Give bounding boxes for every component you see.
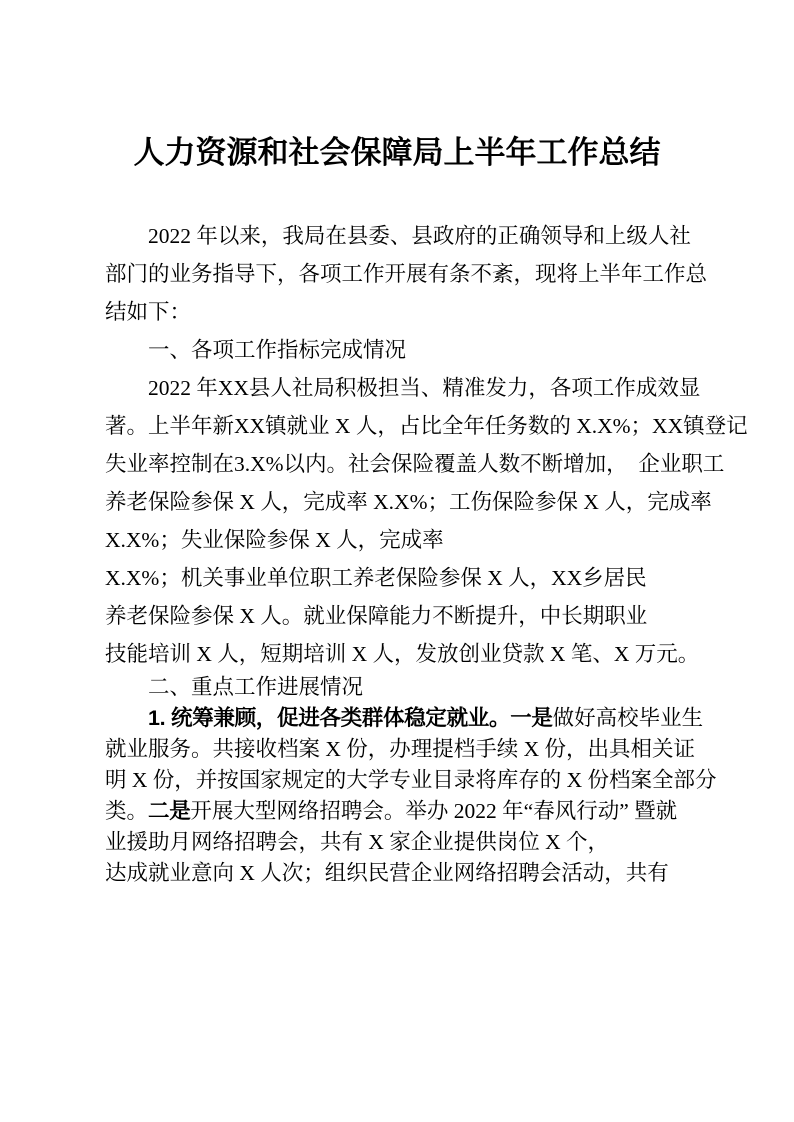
text-line: 2022 年以来，我局在县委、县政府的正确领导和上级人社	[105, 217, 691, 255]
document-section-2: 二、重点工作进展情况 1. 统筹兼顾，促进各类群体稳定就业。一是做好高校毕业生 …	[105, 672, 691, 889]
text-line: 类。二是开展大型网络招聘会。举办 2022 年“春风行动” 暨就	[105, 796, 691, 827]
text-segment: 达成就业意向 X 人次；组织民营企业网络招聘会活动，共有	[105, 861, 669, 885]
text-line: 失业率控制在3.X%以内。社会保险覆盖人数不断增加， 企业职工	[105, 445, 691, 483]
text-segment: 做好高校毕业生	[553, 706, 704, 730]
document-section-1: 2022 年以来，我局在县委、县政府的正确领导和上级人社 部门的业务指导下，各项…	[105, 217, 691, 673]
text-segment: 开展大型网络招聘会。举办 2022 年“春风行动” 暨就	[190, 799, 677, 823]
document-title: 人力资源和社会保障局上半年工作总结	[0, 131, 794, 175]
text-segment: X.X%；机关事业单位职工养老保险参保 X 人，XX乡居民	[105, 566, 647, 590]
text-segment: 就业服务。共接收档案 X 份，办理提档手续 X 份，出具相关证	[105, 737, 695, 761]
text-segment: 结如下：	[105, 300, 191, 324]
text-line: 结如下：	[105, 293, 691, 331]
text-line: 养老保险参保 X 人，完成率 X.X%；工伤保险参保 X 人，完成率	[105, 483, 691, 521]
text-segment: X.X%；失业保险参保 X 人，完成率	[105, 528, 444, 552]
text-segment: 一、各项工作指标完成情况	[148, 338, 406, 362]
text-segment: 2022 年XX县人社局积极担当、精准发力，各项工作成效显	[148, 376, 700, 400]
text-line: 部门的业务指导下，各项工作开展有条不紊，现将上半年工作总	[105, 255, 691, 293]
text-segment: 二、重点工作进展情况	[148, 675, 363, 699]
text-line: 业援助月网络招聘会，共有 X 家企业提供岗位 X 个，	[105, 827, 691, 858]
text-segment: 部门的业务指导下，各项工作开展有条不紊，现将上半年工作总	[105, 262, 707, 286]
text-line: 就业服务。共接收档案 X 份，办理提档手续 X 份，出具相关证	[105, 734, 691, 765]
text-segment: 养老保险参保 X 人，完成率 X.X%；工伤保险参保 X 人，完成率	[105, 490, 712, 514]
section-heading: 二、重点工作进展情况	[105, 672, 691, 703]
text-segment: 明 X 份，并按国家规定的大学专业目录将库存的 X 份档案全部分	[105, 768, 717, 792]
text-segment: 2022 年以来，我局在县委、县政府的正确领导和上级人社	[148, 224, 691, 248]
text-line: X.X%；失业保险参保 X 人，完成率	[105, 521, 691, 559]
text-line: 养老保险参保 X 人。就业保障能力不断提升，中长期职业	[105, 597, 691, 635]
text-line: 技能培训 X 人，短期培训 X 人，发放创业贷款 X 笔、X 万元。	[105, 635, 691, 673]
text-segment: 养老保险参保 X 人。就业保障能力不断提升，中长期职业	[105, 604, 647, 628]
section-heading: 一、各项工作指标完成情况	[105, 331, 691, 369]
text-segment: 业援助月网络招聘会，共有 X 家企业提供岗位 X 个，	[105, 830, 609, 854]
text-segment: 技能培训 X 人，短期培训 X 人，发放创业贷款 X 笔、X 万元。	[105, 642, 699, 666]
text-line: 明 X 份，并按国家规定的大学专业目录将库存的 X 份档案全部分	[105, 765, 691, 796]
text-segment: 类。	[105, 799, 148, 823]
text-line: 2022 年XX县人社局积极担当、精准发力，各项工作成效显	[105, 369, 691, 407]
bold-text-segment: 1. 统筹兼顾，促进各类群体稳定就业。一是	[148, 706, 553, 730]
text-line: 1. 统筹兼顾，促进各类群体稳定就业。一是做好高校毕业生	[105, 703, 691, 734]
text-line: 著。上半年新XX镇就业 X 人，占比全年任务数的 X.X%；XX镇登记	[105, 407, 691, 445]
text-segment: 失业率控制在3.X%以内。社会保险覆盖人数不断增加， 企业职工	[105, 452, 724, 476]
bold-text-segment: 二是	[148, 799, 190, 823]
text-segment: 著。上半年新XX镇就业 X 人，占比全年任务数的 X.X%；XX镇登记	[105, 414, 748, 438]
text-line: 达成就业意向 X 人次；组织民营企业网络招聘会活动，共有	[105, 858, 691, 889]
document-page: 人力资源和社会保障局上半年工作总结 2022 年以来，我局在县委、县政府的正确领…	[0, 0, 794, 1122]
text-line: X.X%；机关事业单位职工养老保险参保 X 人，XX乡居民	[105, 559, 691, 597]
